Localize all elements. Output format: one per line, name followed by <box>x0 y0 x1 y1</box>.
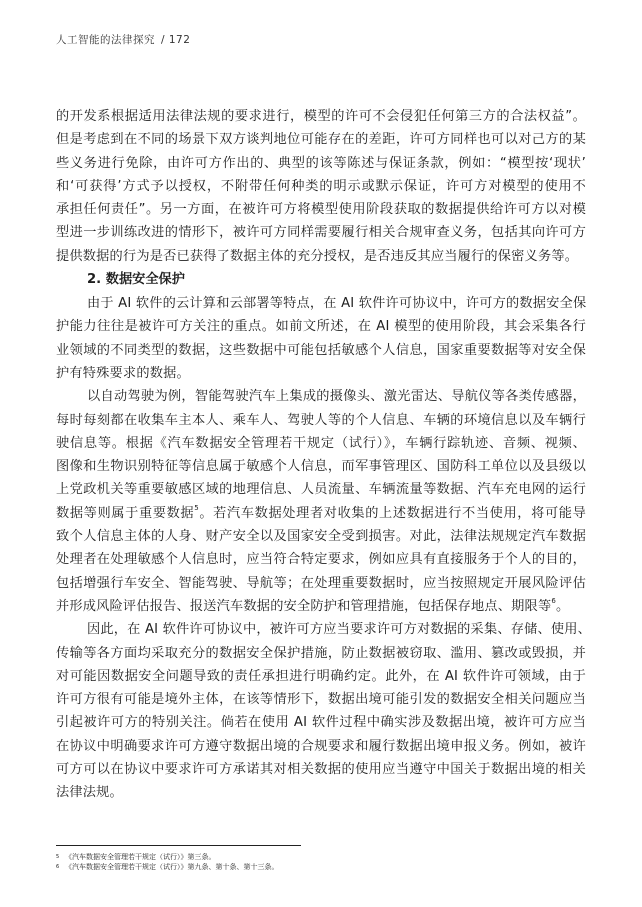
text-line: 传输等各方面均采取充分的数据安全保护措施，防止数据被窃取、滥用、篡改或毁损，并 <box>56 642 586 665</box>
text-line: 护有特殊要求的数据。 <box>56 362 586 385</box>
text-line: 驶信息等。根据《汽车数据安全管理若干规定（试行）》，车辆行踪轨迹、音频、视频、 <box>56 432 586 455</box>
text-line: 图像和生物识别特征等信息属于敏感个人信息，而军事管理区、国防科工单位以及县级以 <box>56 455 586 478</box>
text-line: 些义务进行免除，由许可方作出的、典型的该等陈述与保证条款，例如：“模型按‘现状’ <box>56 152 586 175</box>
footnotes: 5《汽车数据安全管理若干规定（试行）》第三条。6《汽车数据安全管理若干规定（试行… <box>56 852 279 872</box>
text-line: 致个人信息主体的人身、财产安全以及国家安全受到损害。对此，法律法规规定汽车数据 <box>56 525 586 548</box>
text-line: 业领域的不同类型的数据，这些数据中可能包括敏感个人信息，国家重要数据等对安全保 <box>56 339 586 362</box>
text-line: 许可方很有可能是境外主体，在该等情形下，数据出境可能引发的数据安全相关问题应当 <box>56 688 586 711</box>
paragraph: 的开发系根据适用法律法规的要求进行，模型的许可不会侵犯任何第三方的合法权益”。但… <box>56 105 586 268</box>
text-line: 处理者在处理敏感个人信息时，应当符合特定要求，例如应具有直接服务于个人的目的， <box>56 548 586 571</box>
text-line: 和‘可获得’方式予以授权，不附带任何种类的明示或默示保证，许可方对模型的使用不 <box>56 175 586 198</box>
running-header: 人工智能的法律探究/ 172 <box>56 32 190 47</box>
text-line: 因此，在 AI 软件许可协议中，被许可方应当要求许可方对数据的采集、存储、使用、 <box>56 618 586 641</box>
text-line: 上党政机关等重要敏感区域的地理信息、人员流量、车辆流量等数据、汽车充电网的运行 <box>56 478 586 501</box>
footnote: 6《汽车数据安全管理若干规定（试行）》第九条、第十条、第十三条。 <box>56 862 279 872</box>
book-title: 人工智能的法律探究 <box>56 34 155 46</box>
footnote-text: 《汽车数据安全管理若干规定（试行）》第九条、第十条、第十三条。 <box>65 863 279 871</box>
text-line: 在协议中明确要求许可方遵守数据出境的合规要求和履行数据出境申报义务。例如，被许 <box>56 735 586 758</box>
text-line: 承担任何责任”。另一方面，在被许可方将模型使用阶段获取的数据提供给许可方以对模 <box>56 198 586 221</box>
footnote-divider <box>56 845 301 846</box>
text-line: 引起被许可方的特别关注。倘若在使用 AI 软件过程中确实涉及数据出境，被许可方应… <box>56 711 586 734</box>
footnote-number: 5 <box>56 852 65 862</box>
text-line: 但是考虑到在不同的场景下双方谈判地位可能存在的差距，许可方同样也可以对己方的某 <box>56 128 586 151</box>
page-body: 的开发系根据适用法律法规的要求进行，模型的许可不会侵犯任何第三方的合法权益”。但… <box>56 105 586 805</box>
footnote-ref[interactable]: 5 <box>194 504 199 512</box>
paragraph: 以自动驾驶为例，智能驾驶汽车上集成的摄像头、激光雷达、导航仪等各类传感器，每时每… <box>56 385 586 618</box>
text-line: 型进一步训练改进的情形下，被许可方同样需要履行相关合规审查义务，包括其向许可方 <box>56 221 586 244</box>
paragraph: 由于 AI 软件的云计算和云部署等特点，在 AI 软件许可协议中，许可方的数据安… <box>56 292 586 385</box>
text-line: 以自动驾驶为例，智能驾驶汽车上集成的摄像头、激光雷达、导航仪等各类传感器， <box>56 385 586 408</box>
text-line: 每时每刻都在收集车主本人、乘车人、驾驶人等的个人信息、车辆的环境信息以及车辆行 <box>56 409 586 432</box>
text-line: 数据等则属于重要数据5。若汽车数据处理者对收集的上述数据进行不当使用，将可能导 <box>56 502 586 525</box>
page-number: / 172 <box>161 34 190 46</box>
text-line: 法律法规。 <box>56 781 586 804</box>
footnote-text: 《汽车数据安全管理若干规定（试行）》第三条。 <box>65 853 216 861</box>
section-heading: 2. 数据安全保护 <box>56 268 586 292</box>
text-line: 的开发系根据适用法律法规的要求进行，模型的许可不会侵犯任何第三方的合法权益”。 <box>56 105 586 128</box>
text-line: 由于 AI 软件的云计算和云部署等特点，在 AI 软件许可协议中，许可方的数据安… <box>56 292 586 315</box>
text-line: 对可能因数据安全问题导致的责任承担进行明确约定。此外，在 AI 软件许可领域，由… <box>56 665 586 688</box>
footnote: 5《汽车数据安全管理若干规定（试行）》第三条。 <box>56 852 279 862</box>
footnote-ref[interactable]: 6 <box>551 597 556 605</box>
footnote-number: 6 <box>56 862 65 872</box>
text-line: 包括增强行车安全、智能驾驶、导航等；在处理重要数据时，应当按照规定开展风险评估 <box>56 572 586 595</box>
text-line: 提供数据的行为是否已获得了数据主体的充分授权，是否违反其应当履行的保密义务等。 <box>56 245 586 268</box>
text-line: 护能力往往是被许可方关注的重点。如前文所述，在 AI 模型的使用阶段，其会采集各… <box>56 315 586 338</box>
text-line: 可方可以在协议中要求许可方承诺其对相关数据的使用应当遵守中国关于数据出境的相关 <box>56 758 586 781</box>
paragraph: 因此，在 AI 软件许可协议中，被许可方应当要求许可方对数据的采集、存储、使用、… <box>56 618 586 804</box>
text-line: 并形成风险评估报告、报送汽车数据的安全防护和管理措施，包括保存地点、期限等6。 <box>56 595 586 618</box>
